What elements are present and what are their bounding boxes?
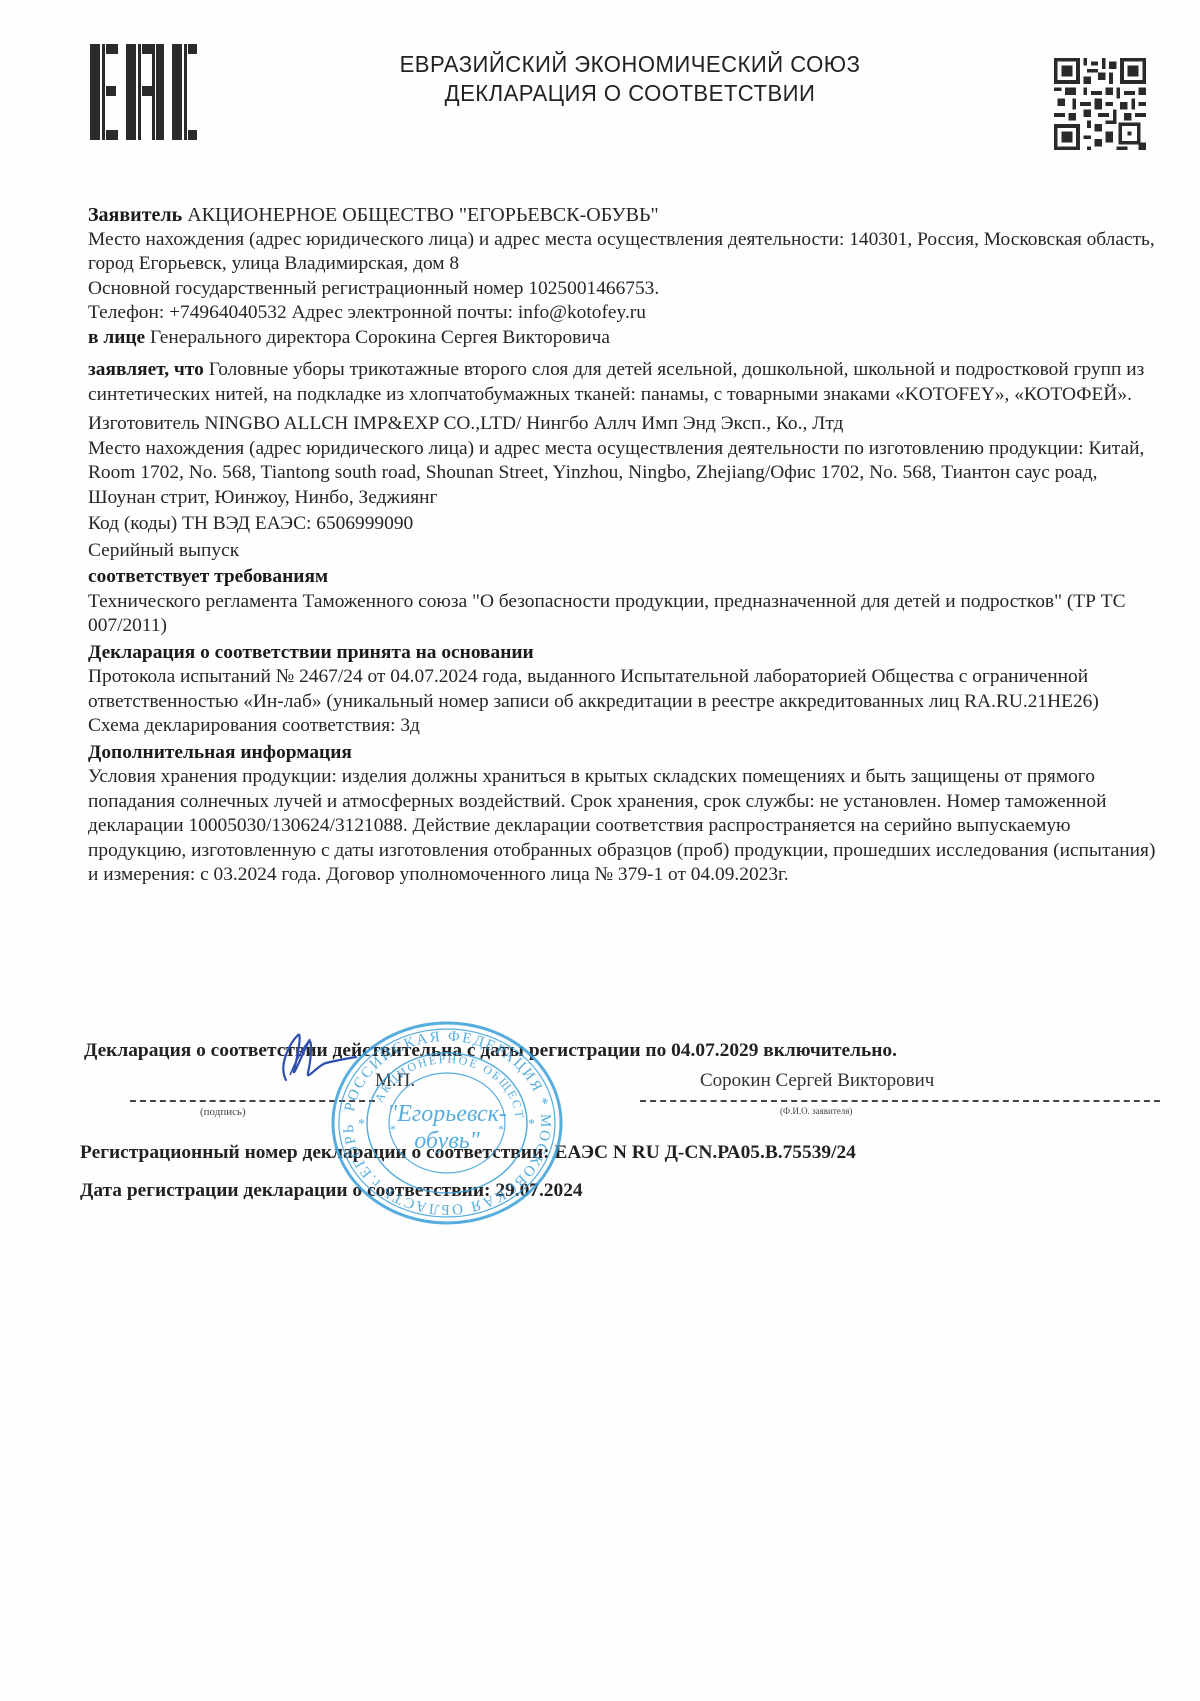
additional-heading: Дополнительная информация [88,741,1158,766]
applicant-name: АКЦИОНЕРНОЕ ОБЩЕСТВО "ЕГОРЬЕВСК-ОБУВЬ" [182,204,658,226]
basis-heading: Декларация о соответствии принята на осн… [88,641,1158,666]
applicant-label: Заявитель [88,204,182,226]
manufacturer-address: Место нахождения (адрес юридического лиц… [88,437,1158,511]
applicant-address: Место нахождения (адрес юридического лиц… [88,228,1158,277]
applicant-representative: в лице Генерального директора Сорокина С… [88,326,1158,351]
signer-name: Сорокин Сергей Викторович [700,1070,934,1092]
statement-text: Головные уборы трикотажные второго слоя … [88,359,1144,405]
svg-text:*: * [358,1117,365,1132]
svg-text:*: * [528,1117,535,1132]
requirements-heading: соответствует требованиям [88,565,1158,590]
statement-label: заявляет, что [88,359,204,380]
representative-label: в лице [88,327,145,348]
company-seal: РОССИЙСКАЯ ФЕДЕРАЦИЯ * МОСКОВСКАЯ ОБЛАСТ… [328,1018,566,1228]
release-type: Серийный выпуск [88,539,1158,564]
document-header: ЕВРАЗИЙСКИЙ ЭКОНОМИЧЕСКИЙ СОЮЗ ДЕКЛАРАЦИ… [313,50,947,108]
eac-logo-icon [88,42,198,142]
name-line [640,1100,1160,1102]
tn-ved-code: Код (коды) ТН ВЭД ЕАЭС: 6506999090 [88,512,1158,537]
document-title: ДЕКЛАРАЦИЯ О СООТВЕТСТВИИ [313,79,947,108]
additional-text: Условия хранения продукции: изделия долж… [88,765,1158,888]
basis-text: Протокола испытаний № 2467/24 от 04.07.2… [88,665,1158,714]
seal-center-line2: обувь" [414,1128,480,1154]
manufacturer-line: Изготовитель NINGBO ALLCH IMP&EXP CO.,LT… [88,412,1158,437]
svg-text:*: * [498,1122,504,1136]
seal-center-line1: "Егорьевск- [387,1101,507,1127]
basis-scheme: Схема декларирования соответствия: 3д [88,714,1158,739]
qr-code-icon [1052,58,1148,150]
svg-text:*: * [390,1122,396,1136]
signature-caption: (подпись) [200,1106,246,1118]
applicant-line: Заявитель АКЦИОНЕРНОЕ ОБЩЕСТВО "ЕГОРЬЕВС… [88,203,1158,228]
applicant-ogrn: Основной государственный регистрационный… [88,277,1158,302]
name-caption: (Ф.И.О. заявителя) [780,1106,852,1116]
declaration-body: Заявитель АКЦИОНЕРНОЕ ОБЩЕСТВО "ЕГОРЬЕВС… [88,203,1158,888]
requirements-text: Технического регламента Таможенного союз… [88,590,1158,639]
representative-name: Генерального директора Сорокина Сергея В… [145,327,610,348]
applicant-contacts: Телефон: +74964040532 Адрес электронной … [88,301,1158,326]
statement: заявляет, что Головные уборы трикотажные… [88,358,1158,407]
declaration-page: ЕВРАЗИЙСКИЙ ЭКОНОМИЧЕСКИЙ СОЮЗ ДЕКЛАРАЦИ… [0,0,1200,1701]
union-title: ЕВРАЗИЙСКИЙ ЭКОНОМИЧЕСКИЙ СОЮЗ [313,50,947,79]
